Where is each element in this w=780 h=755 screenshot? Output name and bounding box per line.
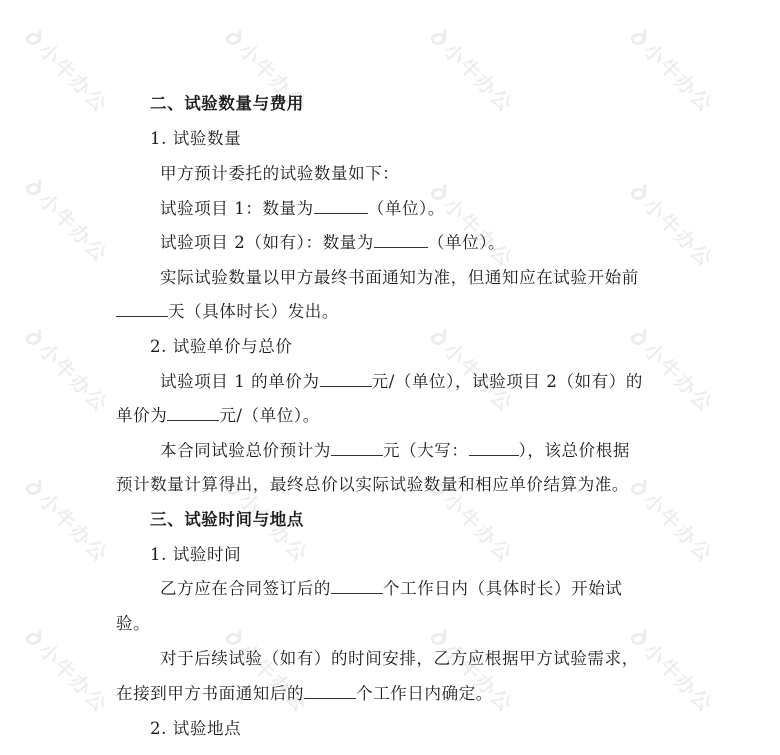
item1-quantity-blank[interactable] bbox=[314, 199, 368, 214]
subsection-title-test-quantity: 1. 试验数量 bbox=[150, 128, 241, 150]
paragraph-quantity-intro: 甲方预计委托的试验数量如下： bbox=[160, 163, 399, 185]
paragraph-item2-quantity: 试验项目 2（如有）：数量为（单位）。 bbox=[160, 232, 505, 254]
total-price-blank[interactable] bbox=[331, 441, 383, 456]
subsection-title-test-location: 2. 试验地点 bbox=[150, 718, 241, 740]
document-page: 二、试验数量与费用 1. 试验数量 甲方预计委托的试验数量如下： 试验项目 1：… bbox=[0, 0, 780, 755]
start-time-label: 乙方应在合同签订后的 bbox=[160, 579, 331, 598]
section-heading-time-and-location: 三、试验时间与地点 bbox=[150, 509, 304, 531]
item2-quantity-blank[interactable] bbox=[374, 233, 428, 248]
subsection-title-unit-and-total-price: 2. 试验单价与总价 bbox=[150, 336, 293, 358]
paragraph-followup-line2: 在接到甲方书面通知后的个工作日内确定。 bbox=[116, 683, 493, 705]
unit-price-item1-suffix: 元/（单位），试验项目 2（如有）的 bbox=[372, 372, 643, 391]
paragraph-quantity-note-line2: 天（具体时长）发出。 bbox=[116, 301, 339, 323]
followup-suffix: 个工作日内确定。 bbox=[356, 684, 493, 703]
paragraph-start-time-line2: 验。 bbox=[116, 613, 150, 635]
start-time-suffix: 个工作日内（具体时长）开始试 bbox=[383, 579, 622, 598]
paragraph-total-price-line1: 本合同试验总价预计为元（大写：），该总价根据 bbox=[160, 440, 630, 462]
total-price-label: 本合同试验总价预计为 bbox=[160, 441, 331, 460]
item1-quantity-label: 试验项目 1：数量为 bbox=[160, 199, 314, 218]
unit-price-item1-label: 试验项目 1 的单价为 bbox=[160, 372, 320, 391]
subsection-title-test-time: 1. 试验时间 bbox=[150, 544, 241, 566]
section-heading-quantity-and-cost: 二、试验数量与费用 bbox=[150, 93, 304, 115]
notice-days-text: 天（具体时长）发出。 bbox=[168, 302, 339, 321]
paragraph-start-time-line1: 乙方应在合同签订后的个工作日内（具体时长）开始试 bbox=[160, 578, 622, 600]
unit-price-item1-blank[interactable] bbox=[320, 372, 372, 387]
unit-price-item2-label: 单价为 bbox=[116, 406, 167, 425]
paragraph-unit-price-line1: 试验项目 1 的单价为元/（单位），试验项目 2（如有）的 bbox=[160, 371, 643, 393]
followup-label: 在接到甲方书面通知后的 bbox=[116, 684, 304, 703]
unit-price-item2-blank[interactable] bbox=[167, 406, 219, 421]
paragraph-item1-quantity: 试验项目 1：数量为（单位）。 bbox=[160, 198, 445, 220]
item1-quantity-unit: （单位）。 bbox=[368, 199, 445, 218]
paragraph-quantity-note-line1: 实际试验数量以甲方最终书面通知为准，但通知应在试验开始前 bbox=[160, 267, 639, 289]
start-days-blank[interactable] bbox=[331, 579, 383, 594]
item2-quantity-label: 试验项目 2（如有）：数量为 bbox=[160, 233, 374, 252]
total-price-suffix: ），该总价根据 bbox=[519, 441, 630, 460]
paragraph-unit-price-line2: 单价为元/（单位）。 bbox=[116, 405, 320, 427]
notice-days-blank[interactable] bbox=[116, 302, 168, 317]
paragraph-total-price-line2: 预计数量计算得出，最终总价以实际试验数量和相应单价结算为准。 bbox=[116, 474, 629, 496]
unit-price-item2-suffix: 元/（单位）。 bbox=[219, 406, 320, 425]
followup-days-blank[interactable] bbox=[304, 684, 356, 699]
item2-quantity-unit: （单位）。 bbox=[428, 233, 505, 252]
total-price-capital-label: 元（大写： bbox=[383, 441, 469, 460]
paragraph-followup-line1: 对于后续试验（如有）的时间安排，乙方应根据甲方试验需求， bbox=[160, 648, 639, 670]
total-price-capital-blank[interactable] bbox=[469, 441, 519, 456]
